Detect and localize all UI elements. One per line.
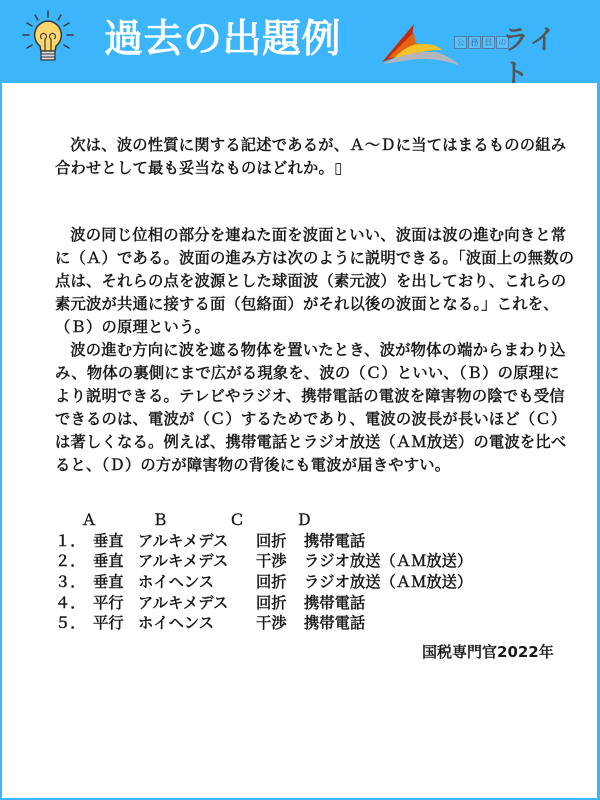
passage-paragraph: 波の進む方向に波を遮る物体を置いたとき、波が物体の端からまわり込み、物体の裏側に…	[55, 339, 575, 477]
option-row: ３． 垂直 ホイヘンス 回折 ラジオ放送（ＡＭ放送）	[55, 572, 504, 593]
logo-mark-icon	[380, 18, 464, 68]
header-banner: 過去の出題例 公 務 員 の ライト	[0, 0, 600, 83]
page-title: 過去の出題例	[104, 14, 341, 66]
option-row: ２． 垂直 アルキメデス 干渉 ラジオ放送（ＡＭ放送）	[55, 551, 504, 572]
column-header-b: Ｂ	[115, 510, 205, 531]
option-row: １． 垂直 アルキメデス 回折 携帯電話	[55, 531, 504, 552]
column-header-c: Ｃ	[205, 510, 269, 531]
column-header-d: Ｄ	[269, 510, 339, 531]
answer-options-table: Ａ Ｂ Ｃ Ｄ １． 垂直 アルキメデス 回折 携帯電話 ２． 垂直 アルキメデ…	[55, 510, 504, 634]
logo-wordmark: ライト	[502, 24, 580, 92]
question-passage: 波の同じ位相の部分を連ねた面を波面といい、波面は波の進む向きと常に（Ａ）である。…	[55, 224, 575, 477]
options-header-row: Ａ Ｂ Ｃ Ｄ	[55, 510, 504, 531]
exam-source: 国税専門官2022年	[422, 641, 554, 662]
option-number: ２．	[55, 551, 93, 572]
option-number: ５．	[55, 613, 93, 634]
lightbulb-icon	[18, 8, 78, 68]
passage-paragraph: 波の同じ位相の部分を連ねた面を波面といい、波面は波の進む向きと常に（Ａ）である。…	[55, 224, 575, 339]
logo-subtitle: 公 務 員 の	[454, 36, 509, 49]
option-row: ５． 平行 ホイヘンス 干渉 携帯電話	[55, 613, 504, 634]
question-card: 次は、波の性質に関する記述であるが、Ａ～Ｄに当てはまるものの組み合わせとして最も…	[2, 83, 597, 798]
question-prompt: 次は、波の性質に関する記述であるが、Ａ～Ｄに当てはまるものの組み合わせとして最も…	[55, 134, 575, 180]
option-number: １．	[55, 531, 93, 552]
option-row: ４． 平行 アルキメデス 回折 携帯電話	[55, 593, 504, 614]
column-header-a: Ａ	[55, 510, 115, 531]
brand-logo: 公 務 員 の ライト	[380, 18, 580, 68]
option-number: ４．	[55, 593, 93, 614]
option-number: ３．	[55, 572, 93, 593]
